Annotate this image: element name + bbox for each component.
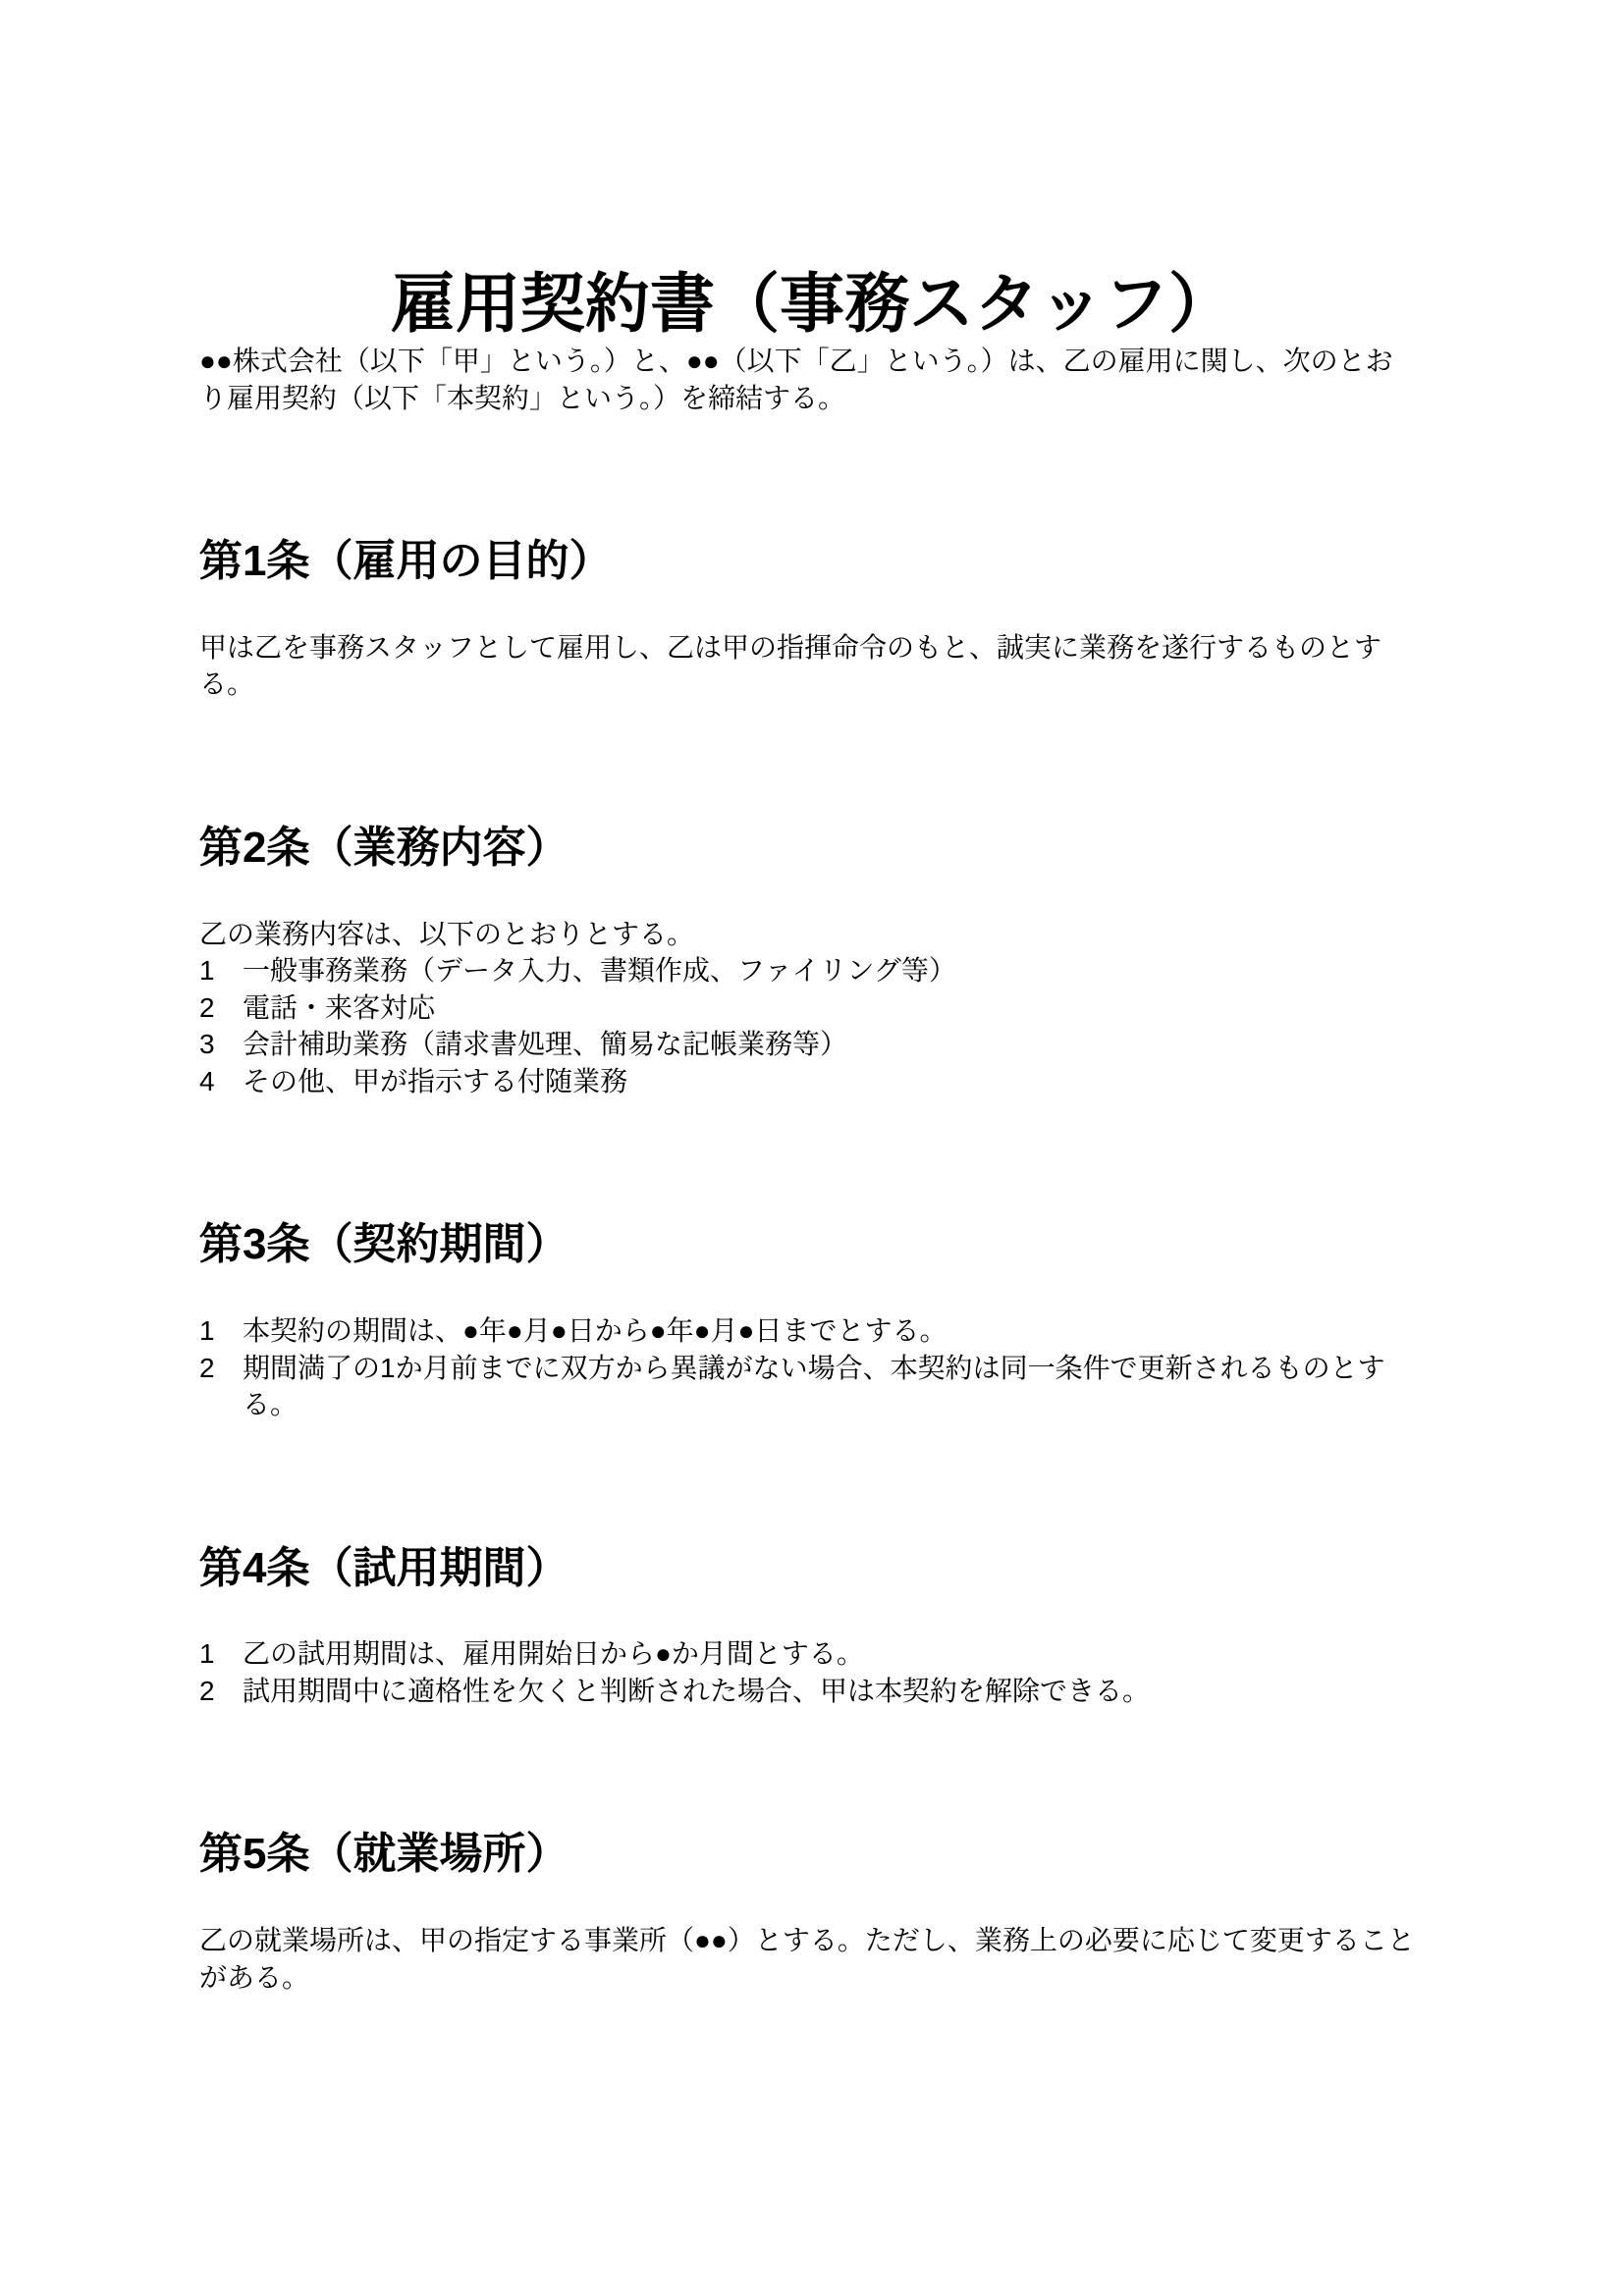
item-text: その他、甲が指示する付随業務 — [243, 1063, 1433, 1100]
article-2-heading: 第2条（業務内容） — [199, 823, 1433, 875]
article-2-lead: 乙の業務内容は、以下のとおりとする。 — [199, 916, 1433, 953]
list-item: 1 乙の試用期間は、雇用開始日から●か月間とする。 — [199, 1635, 1433, 1673]
list-item: 2 試用期間中に適格性を欠くと判断された場合、甲は本契約を解除できる。 — [199, 1673, 1433, 1710]
article-3-heading: 第3条（契約期間） — [199, 1219, 1433, 1271]
document-page: 雇用契約書（事務スタッフ） ●●株式会社（以下「甲」という。）と、●●（以下「乙… — [0, 0, 1624, 2296]
article-1-heading: 第1条（雇用の目的） — [199, 536, 1433, 588]
item-text: 期間満了の1か月前までに双方から異議がない場合、本契約は同一条件で更新されるもの… — [243, 1350, 1433, 1423]
article-5-body: 乙の就業場所は、甲の指定する事業所（●●）とする。ただし、業務上の必要に応じて変… — [199, 1922, 1433, 1996]
document-title: 雇用契約書（事務スタッフ） — [0, 265, 1624, 343]
item-number: 1 — [199, 1635, 243, 1673]
list-item: 2 電話・来客対応 — [199, 989, 1433, 1027]
list-item: 4 その他、甲が指示する付随業務 — [199, 1063, 1433, 1100]
item-text: 会計補助業務（請求書処理、簡易な記帳業務等） — [243, 1026, 1433, 1063]
item-text: 電話・来客対応 — [243, 989, 1433, 1027]
item-number: 2 — [199, 989, 243, 1027]
item-text: 一般事務業務（データ入力、書類作成、ファイリング等） — [243, 952, 1433, 989]
list-item: 3 会計補助業務（請求書処理、簡易な記帳業務等） — [199, 1026, 1433, 1063]
item-number: 1 — [199, 1312, 243, 1350]
article-4-heading: 第4条（試用期間） — [199, 1543, 1433, 1595]
list-item: 1 一般事務業務（データ入力、書類作成、ファイリング等） — [199, 952, 1433, 989]
document-content: ●●株式会社（以下「甲」という。）と、●●（以下「乙」という。）は、乙の雇用に関… — [0, 343, 1624, 1996]
item-number: 2 — [199, 1350, 243, 1387]
list-item: 1 本契約の期間は、●年●月●日から●年●月●日までとする。 — [199, 1312, 1433, 1350]
item-text: 乙の試用期間は、雇用開始日から●か月間とする。 — [243, 1635, 1433, 1673]
item-text: 本契約の期間は、●年●月●日から●年●月●日までとする。 — [243, 1312, 1433, 1350]
intro-paragraph: ●●株式会社（以下「甲」という。）と、●●（以下「乙」という。）は、乙の雇用に関… — [199, 343, 1433, 416]
article-5-heading: 第5条（就業場所） — [199, 1829, 1433, 1881]
item-number: 1 — [199, 952, 243, 989]
item-number: 4 — [199, 1063, 243, 1100]
article-3-list: 1 本契約の期間は、●年●月●日から●年●月●日までとする。 2 期間満了の1か… — [199, 1312, 1433, 1423]
list-item: 2 期間満了の1か月前までに双方から異議がない場合、本契約は同一条件で更新される… — [199, 1350, 1433, 1423]
article-4-list: 1 乙の試用期間は、雇用開始日から●か月間とする。 2 試用期間中に適格性を欠く… — [199, 1635, 1433, 1709]
article-2-list: 1 一般事務業務（データ入力、書類作成、ファイリング等） 2 電話・来客対応 3… — [199, 952, 1433, 1099]
item-number: 3 — [199, 1026, 243, 1063]
item-text: 試用期間中に適格性を欠くと判断された場合、甲は本契約を解除できる。 — [243, 1673, 1433, 1710]
article-1-body: 甲は乙を事務スタッフとして雇用し、乙は甲の指揮命令のもと、誠実に業務を遂行するも… — [199, 629, 1433, 703]
item-number: 2 — [199, 1673, 243, 1710]
